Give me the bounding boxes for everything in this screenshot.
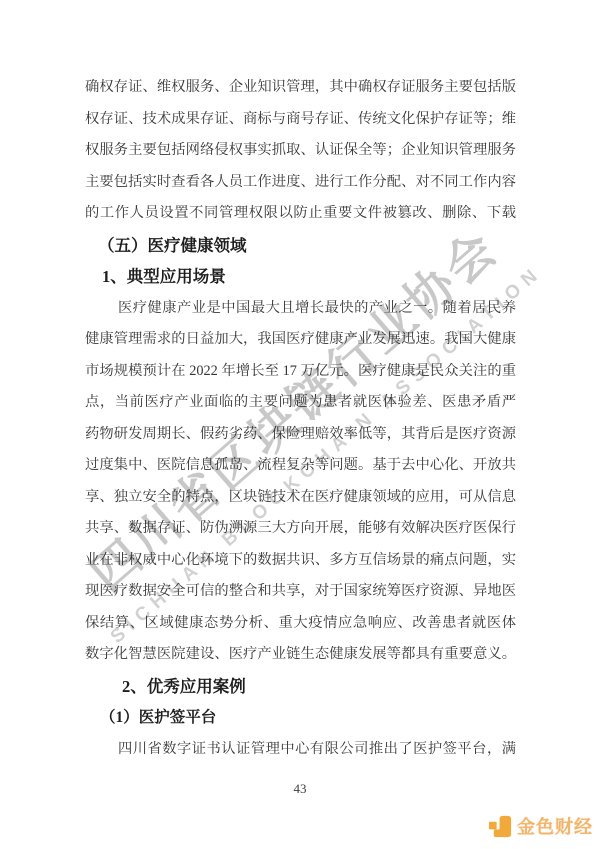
- text-line: 点，当前医疗产业面临的主要问题为患者就医体验差、医患矛盾严重、: [85, 387, 516, 419]
- text-line: 享、独立安全的特点，区块链技术在医疗健康领域的应用，可从信息: [85, 482, 516, 514]
- subheading-typical-scenarios: 1、典型应用场景: [85, 261, 516, 293]
- subheading-yihuqian-platform: （1）医护签平台: [85, 702, 516, 734]
- jinse-finance-icon: [488, 814, 513, 839]
- document-page: 四川省区块链行业协会 SICHUAN BLOCKCHAIN ASSOCIATIO…: [0, 0, 600, 849]
- paragraph-continuation: 确权存证、维权服务、企业知识管理，其中确权存证服务主要包括版 权存证、技术成果存…: [85, 72, 516, 230]
- text-line: 业在非权威中心化环境下的数据共识、多方互信场景的痛点问题，实: [85, 545, 516, 577]
- paragraph-case-intro: 四川省数字证书认证管理中心有限公司推出了医护签平台，满足: [85, 734, 516, 766]
- text-line: 共享、数据存证、防伪溯源三大方向开展，能够有效解决医疗医保行: [85, 513, 516, 545]
- text-line: 权服务主要包括网络侵权事实抓取、认证保全等；企业知识管理服务: [85, 135, 516, 167]
- text-line: 市场规模预计在 2022 年增长至 17 万亿元。医疗健康是民众关注的重: [85, 356, 516, 388]
- text-line: 的工作人员设置不同管理权限以防止重要文件被篡改、删除、下载等。: [85, 198, 516, 230]
- text-line: 医疗健康产业是中国最大且增长最快的产业之一。随着居民养老、: [85, 293, 516, 325]
- jinse-finance-logo: 金色财经: [488, 813, 593, 839]
- subheading-excellent-cases: 2、优秀应用案例: [85, 671, 516, 703]
- text-line: 确权存证、维权服务、企业知识管理，其中确权存证服务主要包括版: [85, 72, 516, 104]
- text-line: 四川省数字证书认证管理中心有限公司推出了医护签平台，满足: [85, 734, 516, 766]
- page-number: 43: [0, 781, 600, 797]
- text-line: 过度集中、医院信息孤岛、流程复杂等问题。基于去中心化、开放共: [85, 450, 516, 482]
- text-line: 药物研发周期长、假药劣药、保险理赔效率低等，其背后是医疗资源: [85, 419, 516, 451]
- section-heading-medical-health: （五）医疗健康领域: [85, 230, 516, 262]
- text-line: 主要包括实时查看各人员工作进度、进行工作分配、对不同工作内容: [85, 167, 516, 199]
- text-line: 保结算、区域健康态势分析、重大疫情应急响应、改善患者就医体验、: [85, 608, 516, 640]
- text-line: 健康管理需求的日益加大，我国医疗健康产业发展迅速。我国大健康: [85, 324, 516, 356]
- text-line: 权存证、技术成果存证、商标与商号存证、传统文化保护存证等；维: [85, 104, 516, 136]
- document-body: 确权存证、维权服务、企业知识管理，其中确权存证服务主要包括版 权存证、技术成果存…: [85, 72, 516, 765]
- text-line: 现医疗数据安全可信的整合和共享，对于国家统筹医疗资源、异地医: [85, 576, 516, 608]
- jinse-finance-logo-text: 金色财经: [517, 813, 593, 839]
- paragraph-medical-overview: 医疗健康产业是中国最大且增长最快的产业之一。随着居民养老、 健康管理需求的日益加…: [85, 293, 516, 671]
- text-line: 数字化智慧医院建设、医疗产业链生态健康发展等都具有重要意义。: [85, 639, 516, 671]
